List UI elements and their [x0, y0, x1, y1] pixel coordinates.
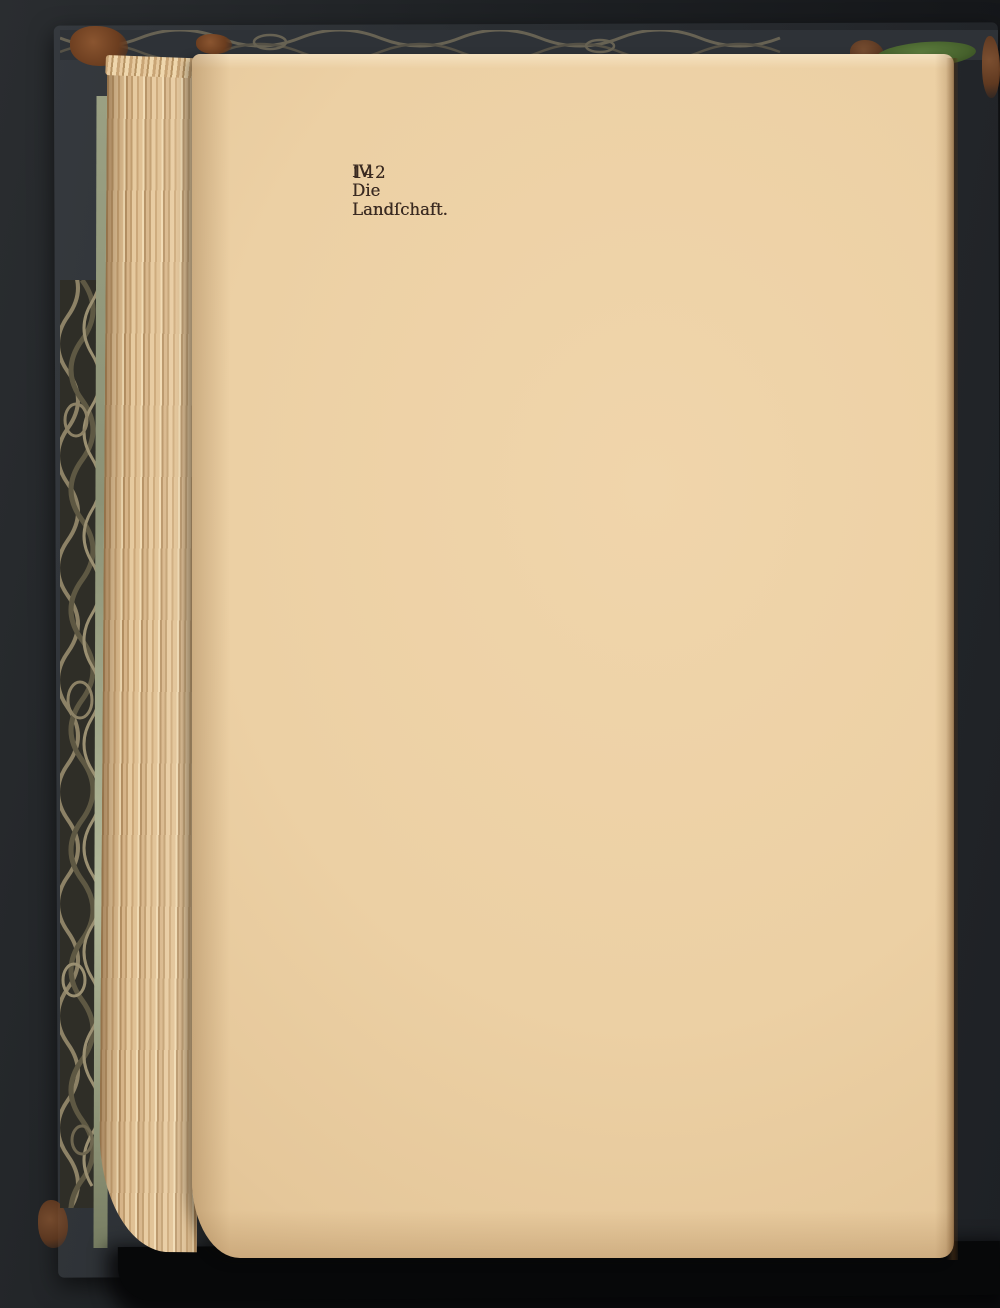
marbled-endpaper — [60, 280, 98, 1208]
page-fore-edges — [99, 60, 205, 1253]
marble-pattern — [60, 280, 98, 1208]
scanned-book-photo: 142 IV. Die Landſchaft. die Erkenntnis d… — [0, 0, 1000, 1308]
book-page — [192, 54, 954, 1258]
gutter-crease — [946, 58, 958, 1260]
cover-tear — [196, 34, 232, 54]
text-line: Ich habe vor mir die zweite Auflage von … — [352, 174, 392, 199]
facing-page-edge — [954, 62, 1000, 1272]
